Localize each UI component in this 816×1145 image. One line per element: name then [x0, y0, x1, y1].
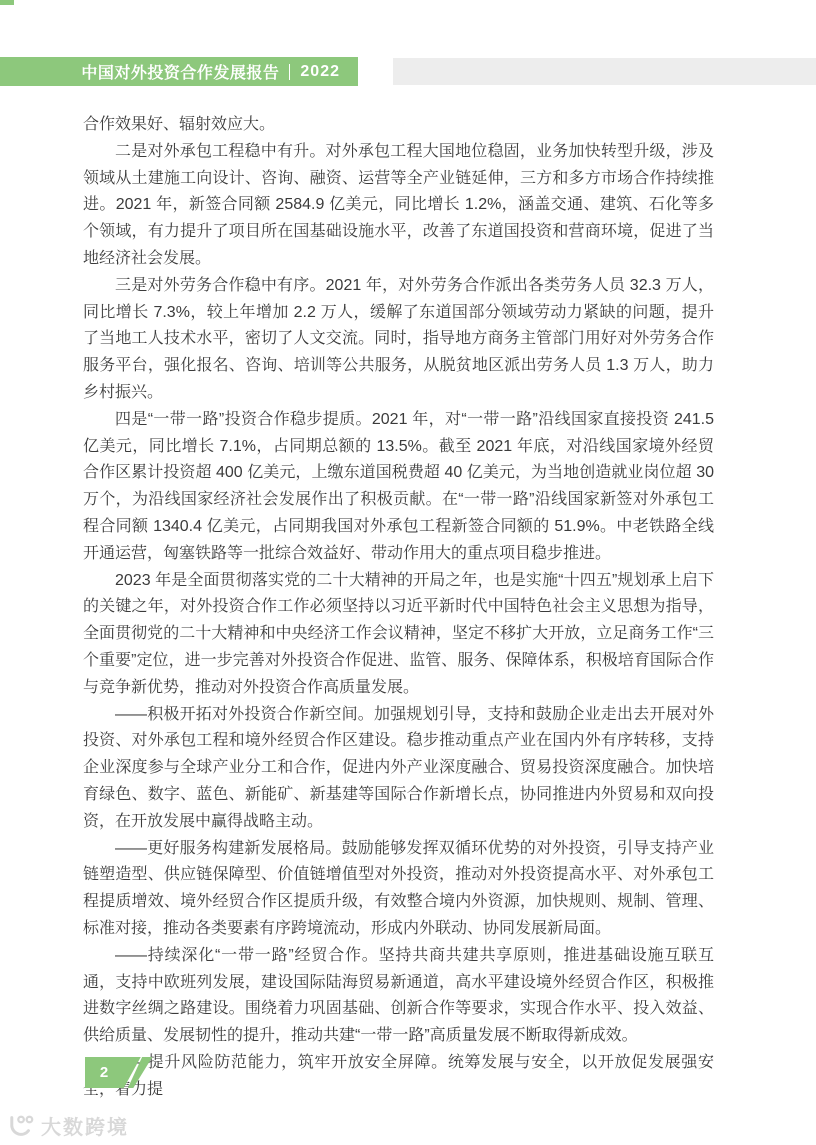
header-gray-bar	[393, 58, 816, 85]
header-title-bar: 中国对外投资合作发展报告 2022	[0, 57, 358, 86]
body-paragraph: 三是对外劳务合作稳中有序。2021 年，对外劳务合作派出各类劳务人员 32.3 …	[83, 273, 714, 407]
body-paragraph: ——持续深化“一带一路”经贸合作。坚持共商共建共享原则，推进基础设施互联互通，支…	[83, 943, 714, 1050]
report-year: 2022	[300, 63, 340, 81]
body-paragraph: 二是对外承包工程稳中有升。对外承包工程大国地位稳固，业务加快转型升级，涉及领域从…	[83, 139, 714, 273]
document-body: 合作效果好、辐射效应大。 二是对外承包工程稳中有升。对外承包工程大国地位稳固，业…	[83, 112, 714, 1103]
body-paragraph: 2023 年是全面贯彻落实党的二十大精神的开局之年，也是实施“十四五”规划承上启…	[83, 568, 714, 702]
body-paragraph: 四是“一带一路”投资合作稳步提质。2021 年，对“一带一路”沿线国家直接投资 …	[83, 407, 714, 568]
report-title: 中国对外投资合作发展报告	[81, 60, 279, 83]
body-paragraph: 合作效果好、辐射效应大。	[83, 112, 714, 139]
body-paragraph: ——积极开拓对外投资合作新空间。加强规划引导，支持和鼓励企业走出去开展对外投资、…	[83, 702, 714, 836]
watermark: 大数跨境	[8, 1111, 129, 1140]
page-number: 2	[85, 1057, 123, 1088]
corner-accent-mark	[0, 0, 14, 5]
watermark-brand-text: 大数跨境	[41, 1111, 129, 1140]
body-paragraph: ——更好服务构建新发展格局。鼓励能够发挥双循环优势的对外投资，引导支持产业链塑造…	[83, 836, 714, 943]
header-divider	[289, 64, 290, 80]
page-number-badge: 2	[85, 1057, 153, 1088]
body-paragraph: ——提升风险防范能力，筑牢开放安全屏障。统筹发展与安全，以开放促发展强安全，着力…	[83, 1050, 714, 1104]
report-page: 中国对外投资合作发展报告 2022 合作效果好、辐射效应大。 二是对外承包工程稳…	[0, 0, 816, 1145]
watermark-smiley-logo-icon	[8, 1113, 36, 1139]
